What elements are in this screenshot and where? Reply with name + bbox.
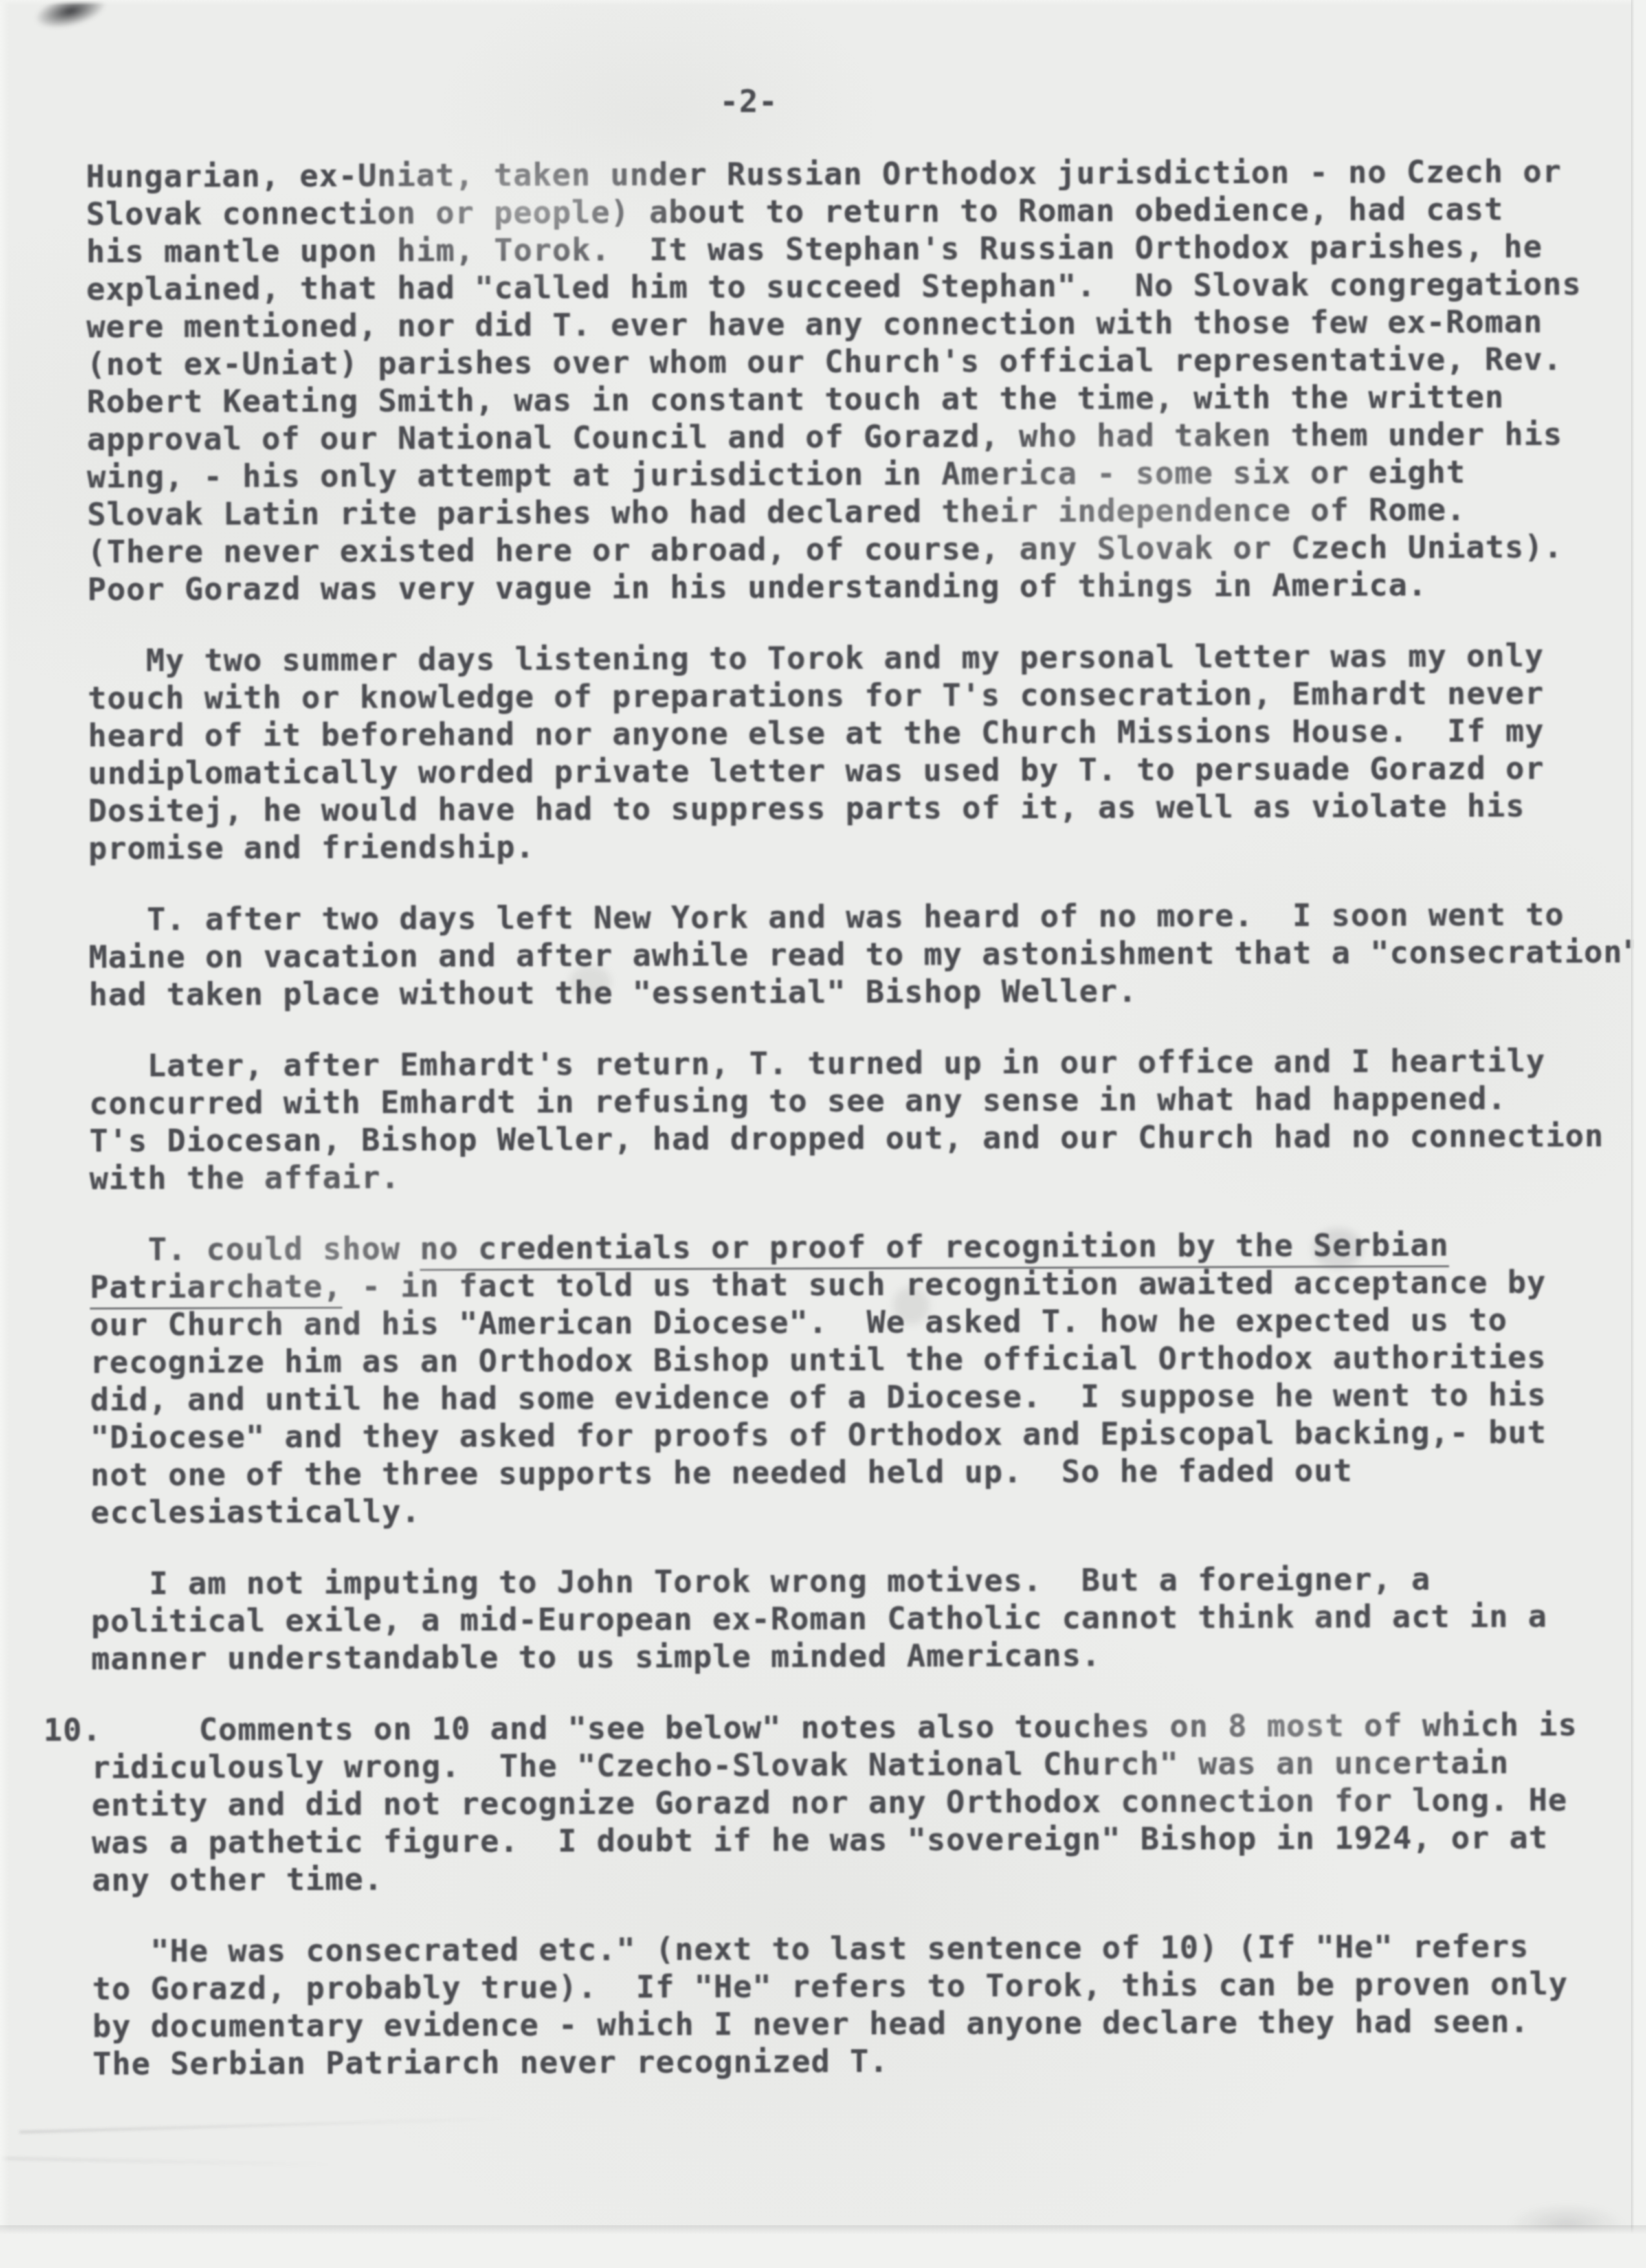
text-segment: political exile, a mid-European ex-Roman… [91,1598,1548,1640]
paragraph-1: Hungarian, ex-Uniat, taken under Russian… [86,153,1641,608]
crease-line-2 [0,2157,337,2166]
text-line: heard of it beforehand nor anyone else a… [88,712,1641,755]
document-body: Hungarian, ex-Uniat, taken under Russian… [86,153,1646,2117]
text-line: Later, after Emhardt's return, T. turned… [89,1042,1643,1085]
text-segment: approval of our National Council and of … [87,416,1563,458]
text-line: My two summer days listening to Torok an… [87,637,1641,680]
text-line: touch with or knowledge of preparations … [88,674,1641,717]
text-line: Robert Keating Smith, was in constant to… [87,378,1640,421]
text-segment: heard of it beforehand nor anyone else a… [88,713,1544,754]
text-line: concurred with Emhardt in refusing to se… [89,1080,1643,1122]
top-left-fold-mark [19,0,123,42]
text-segment: by documentary evidence - which I never … [93,2003,1529,2045]
text-line: (not ex-Uniat) parishes over whom our Ch… [87,340,1640,383]
text-line: T. could show no credentials or proof of… [90,1226,1643,1269]
text-line: undiplomatically worded private letter w… [88,750,1641,792]
text-segment: Robert Keating Smith, was in constant to… [87,379,1504,421]
paper-bottom-edge [0,2225,1646,2268]
text-segment: our Church and his "American Diocese". W… [90,1302,1507,1344]
text-segment: entity and did not recognize Gorazd nor … [92,1782,1568,1823]
text-line: The Serbian Patriarch never recognized T… [93,2040,1646,2083]
text-segment: T's Diocesan, Bishop Weller, had dropped… [89,1118,1604,1159]
text-line: had taken place without the "essential" … [89,971,1642,1014]
text-segment: T. could show [90,1230,420,1268]
paragraph-7: 10. Comments on 10 and "see below" notes… [91,1706,1645,1899]
text-segment: not one of the three supports he needed … [91,1452,1353,1493]
text-line: "Diocese" and they asked for proofs of O… [91,1414,1644,1456]
text-segment: any other time. [92,1862,383,1899]
text-line: with the affair. [89,1155,1643,1197]
text-segment: Dositej, he would have had to suppress p… [88,788,1525,829]
paragraph-3: T. after two days left New York and was … [89,896,1643,1014]
text-line: (There never existed here or abroad, of … [87,528,1641,571]
text-segment: Slovak connection or people) about to re… [86,192,1504,233]
text-line: entity and did not recognize Gorazd nor … [92,1781,1645,1824]
paper-top-edge [0,0,1646,5]
text-segment: Later, after Emhardt's return, T. turned… [89,1043,1546,1084]
text-line: T. after two days left New York and was … [89,896,1642,939]
text-segment: manner understandable to us simple minde… [91,1638,1101,1677]
text-segment: concurred with Emhardt in refusing to se… [89,1081,1507,1122]
paragraph-5: T. could show no credentials or proof of… [90,1226,1645,1531]
text-segment: Hungarian, ex-Uniat, taken under Russian… [86,153,1562,195]
text-segment: (not ex-Uniat) parishes over whom our Ch… [87,341,1563,383]
text-segment: his mantle upon him, Torok. It was Steph… [86,228,1542,270]
text-line: to Gorazd, probably true). If "He" refer… [92,1965,1645,2008]
text-line: was a pathetic figure. I doubt if he was… [92,1819,1645,1862]
text-segment: ecclesiastically. [91,1493,421,1531]
text-line: T's Diocesan, Bishop Weller, had dropped… [89,1117,1643,1160]
text-line: explained, that had "called him to succe… [86,265,1640,308]
text-line: Slovak connection or people) about to re… [86,190,1640,233]
text-line: Dositej, he would have had to suppress p… [88,787,1641,830]
underlined-text: Patriarchate, [90,1269,342,1309]
text-segment: touch with or knowledge of preparations … [88,675,1544,717]
text-segment: Poor Gorazd was very vague in his unders… [87,567,1427,608]
paragraph-8: "He was consecrated etc." (next to last … [92,1928,1646,2083]
text-line: Slovak Latin rite parishes who had decla… [87,491,1641,533]
text-segment: My two summer days listening to Torok an… [87,638,1544,679]
text-line: ridiculously wrong. The "Czecho-Slovak N… [91,1744,1645,1786]
text-segment: did, and until he had some evidence of a… [90,1377,1546,1418]
text-line: wing, - his only attempt at jurisdiction… [87,453,1640,496]
text-segment: Maine on vacation and after awhile read … [89,934,1642,975]
text-segment: T. after two days left New York and was … [89,896,1564,938]
text-line: recognize him as an Orthodox Bishop unti… [90,1339,1643,1381]
text-line: Maine on vacation and after awhile read … [89,933,1642,976]
text-segment: undiplomatically worded private letter w… [88,750,1544,792]
text-segment: The Serbian Patriarch never recognized T… [93,2043,889,2082]
text-line: promise and friendship. [88,825,1641,867]
paragraph-4: Later, after Emhardt's return, T. turned… [89,1042,1643,1197]
text-segment: Slovak Latin rite parishes who had decla… [87,492,1466,533]
text-segment: had taken place without the "essential" … [89,973,1137,1014]
text-line: "He was consecrated etc." (next to last … [92,1928,1645,1970]
text-segment: I am not imputing to John Torok wrong mo… [91,1561,1430,1602]
text-line: approval of our National Council and of … [87,416,1640,458]
text-line: political exile, a mid-European ex-Roman… [91,1597,1645,1640]
text-segment: - in fact told us that such recognition … [342,1264,1546,1304]
text-line: our Church and his "American Diocese". W… [90,1301,1643,1344]
text-line: by documentary evidence - which I never … [93,2003,1646,2045]
text-segment: 10. Comments on 10 and "see below" notes… [43,1707,1577,1748]
text-segment: (There never existed here or abroad, of … [87,529,1563,570]
text-line: not one of the three supports he needed … [91,1451,1644,1494]
paper-right-edge [1631,0,1646,2268]
text-segment: was a pathetic figure. I doubt if he was… [92,1819,1548,1861]
text-segment: explained, that had "called him to succe… [86,266,1581,307]
text-line: his mantle upon him, Torok. It was Steph… [86,228,1640,271]
text-line: any other time. [92,1856,1645,1899]
text-segment: were mentioned, nor did T. ever have any… [87,304,1543,345]
text-segment: "He was consecrated etc." (next to last … [92,1928,1529,1970]
crease-line-1 [19,2117,511,2133]
text-segment: promise and friendship. [88,829,535,867]
text-line: ecclesiastically. [91,1489,1644,1531]
text-segment: with the affair. [89,1160,400,1197]
paragraph-2: My two summer days listening to Torok an… [87,637,1641,867]
text-line: Hungarian, ex-Uniat, taken under Russian… [86,153,1640,195]
text-line: I am not imputing to John Torok wrong mo… [91,1560,1644,1603]
text-segment: ridiculously wrong. The "Czecho-Slovak N… [91,1745,1509,1786]
page-number: -2- [720,83,778,120]
paragraph-6: I am not imputing to John Torok wrong mo… [91,1560,1645,1678]
text-line: manner understandable to us simple minde… [91,1635,1645,1678]
text-line: 10. Comments on 10 and "see below" notes… [43,1706,1645,1750]
text-segment: wing, - his only attempt at jurisdiction… [87,454,1465,495]
text-segment: to Gorazd, probably true). If "He" refer… [93,1966,1568,2007]
text-line: did, and until he had some evidence of a… [90,1376,1643,1419]
text-line: Poor Gorazd was very vague in his unders… [87,566,1641,608]
text-segment: recognize him as an Orthodox Bishop unti… [90,1339,1546,1381]
text-line: were mentioned, nor did T. ever have any… [87,303,1640,346]
paper-sheet: -2- Hungarian, ex-Uniat, taken under Rus… [0,0,1646,2268]
text-line: Patriarchate, - in fact told us that suc… [90,1263,1643,1306]
text-segment: "Diocese" and they asked for proofs of O… [91,1414,1547,1456]
paper-left-edge [0,0,9,2268]
